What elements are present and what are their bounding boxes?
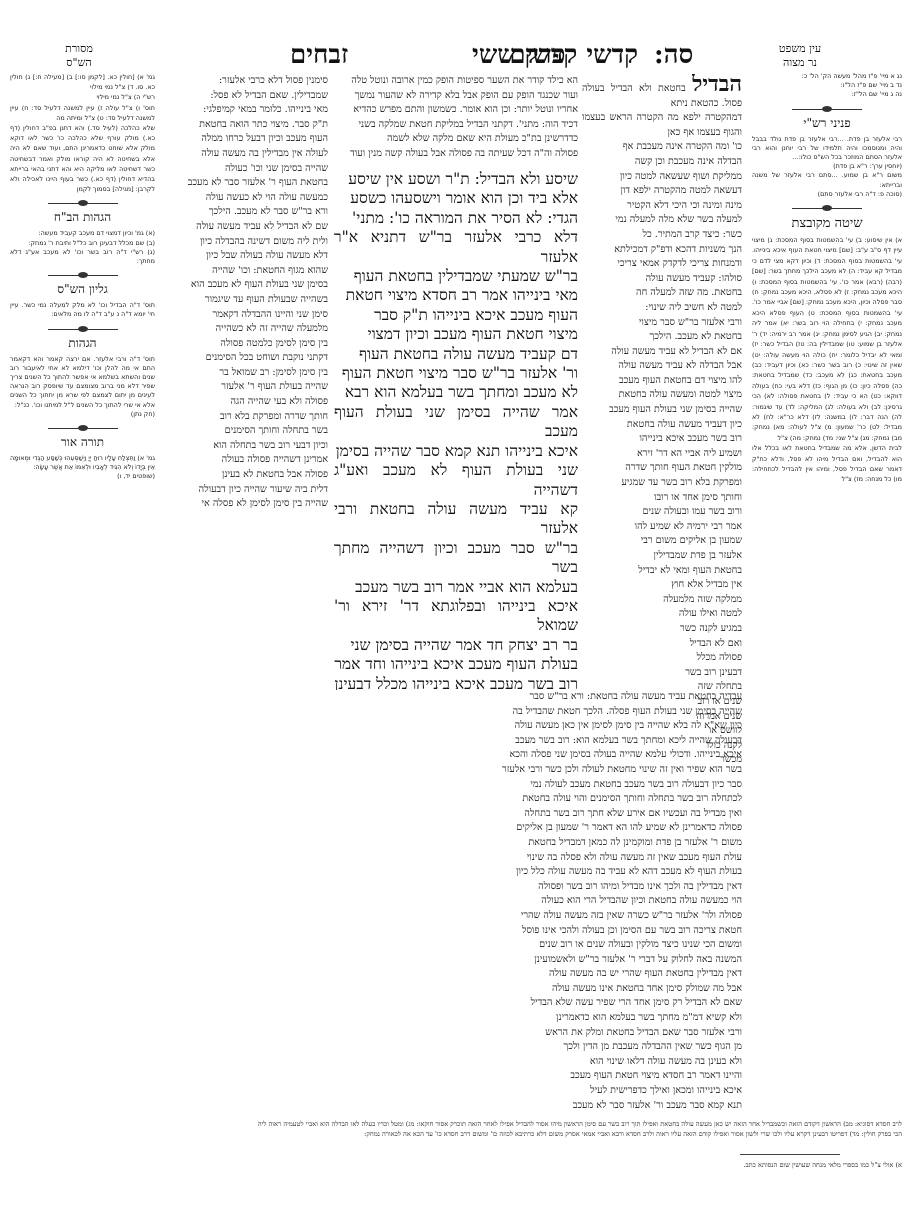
rashi-line: בחטאת לא מעכב. הילכך	[582, 330, 742, 345]
bottom-commentary-line: דבעולה שהייה ליכא ומחתך בשר בעלמא הוא: ר…	[168, 734, 742, 749]
tosafot-line: מלמעלה שהייה זה לא כשהייה	[168, 322, 328, 337]
rashi-line: אם לא הבדיל לא עביד מעשה עולה	[582, 345, 742, 360]
gemara-line: בר רב יצחק חד אמר שהייה בסימן שני	[334, 636, 578, 655]
gemara-line: אמר שהייה בסימן שני בעולת העוף מעכב	[334, 403, 578, 442]
rashi-line: מולקין חטאת העוף חותך שדרה	[582, 461, 742, 476]
gemara-line: אלא ביד וכן הוא אומר וישסעהו כשסע	[334, 189, 578, 208]
tosafot-line: בשר בתחלה וחותך הסימנים	[168, 424, 328, 439]
right-margin: נג א מיי' פ"ז מהל' מעשה הק' הל' כ: נד ב …	[752, 72, 902, 1152]
gemara-line: דלא כרבי אלעזר בר"ש דתניא א"ר אלעזר	[334, 228, 578, 267]
ornament-divider-icon	[48, 326, 118, 332]
bottom-commentary-line: לכתחלה רוב בשר בתחלה וחותך הסימנים והוי …	[168, 792, 742, 807]
tosafot-line: וכיון דבעי רוב בשר בתחלה הוא	[168, 439, 328, 454]
rashi-line: להו מיצוי דם בחטאת העוף מעכב	[582, 374, 742, 389]
footnote-rule	[740, 1154, 840, 1155]
rashi-line: ושמיע ליה אביי הא דר' זירא	[582, 447, 742, 462]
bottom-commentary-line: המשנה באה לחלוק על דברי ר' אלעזר בר"ש ול…	[168, 953, 742, 968]
bottom-commentary-line: תנא קמא סבר מעכב ור' אלעזר סבר לא מעכב	[168, 1099, 742, 1110]
rashi-line: בחטאת העוף ומאי לא יבדיל	[582, 564, 742, 579]
gemara-line: איכא בינייהו ובפלוגתא דר' זירא ור' שמואל	[334, 597, 578, 636]
rashi-line: אין מבדיל אלא חוץ	[582, 578, 742, 593]
rashi-body: דמהקטרה ילפא מה הקטרה הראש בעצמו והגוף ב…	[582, 111, 742, 768]
rashi-line: הבדלה אינה מעכבת וכן קשה	[582, 155, 742, 170]
masoret-hashas-title: מסורת הש"ס	[44, 42, 114, 70]
tosafot-line: כמעשה עולה הוי לא כעשה עולה	[168, 191, 328, 206]
tosafot-line: ולית ליה משום דשינה בהבדלה כיון	[168, 235, 328, 250]
rashi-line: דמהקטרה ילפא מה הקטרה הראש בעצמו והגוף ב…	[582, 111, 742, 140]
gemara-line: בר"ש שמעתי שמבדילין בחטאת העוף	[334, 267, 578, 286]
rashi-line: מינה ומינה וכי היכי דלא הקטיר	[582, 199, 742, 214]
tosafot-commentary: סימנין פסול דלא כרבי אלעזר:שמבדילין. שאם…	[168, 74, 328, 664]
bottom-commentary-line: איכא בינייהו. ודכולי עלמא שהייה בעולה בס…	[168, 748, 742, 763]
rashi-line: סולהו: קעביד מעשה עולה	[582, 272, 742, 287]
rashi-line: הבדיל בחטאת ולא הבדיל בעולה פסול. כהטאת …	[582, 74, 742, 111]
shita-mekubetzet-title: שיטה מקובצת	[752, 215, 902, 231]
bottom-commentary-line: הוי כמעשה עולה בחטאת וכיון שהבדיל הרי הו…	[168, 894, 742, 909]
tosafot-line: דלית ביה שיעור שהייה כיון דבעולה	[168, 483, 328, 498]
tosafot-line: שהייה בין סימן לסימן לא פסלה אי	[168, 497, 328, 512]
hagahot-title: הגהות	[10, 336, 155, 351]
ein-mishpat-title: עין משפט נר מצוה	[760, 42, 840, 70]
rashi-line: אלעזר בן פדת שמבדילין	[582, 549, 742, 564]
rashi-line: ממלקה שזה מלמעלה	[582, 593, 742, 608]
gemara-body: שיסע ולא הבדיל: ת"ר ושסע אין שיסעאלא ביד…	[334, 170, 578, 690]
rashi-line: רוב בשר מעכב איכא בינייהו	[582, 432, 742, 447]
bottom-commentary-line: אבל מה שמולק סימן אחד בחטאת אינו מעשה עו…	[168, 982, 742, 997]
gemara-line: רוב בשר מעכב איכא בינייהו מכלל דבעינן	[334, 675, 578, 690]
rashi-line: אמר רבי ירמיה לא שמיע להו	[582, 520, 742, 535]
tosafot-line: שהוא מגוף החטאת: וכו' שהייה	[168, 264, 328, 279]
bottom-commentary-line: סבר כיון דבעולה רוב בשר מעכב בחטאת מעכב …	[168, 778, 742, 793]
tosafot-line: דלא מעשה עולה בעולה שבל כיון	[168, 249, 328, 264]
page-header: מסורת הש"ס זבחים פרק ששי קדשי קדשים סה: …	[0, 40, 914, 70]
tosafot-line: פסולה אבל בחטאת לא בעינן	[168, 468, 328, 483]
tosafot-line: בין סימן לסימן כלמטה פסולה	[168, 337, 328, 352]
tosafot-line: סימנין פסול דלא כרבי אלעזר:	[168, 74, 328, 89]
rashi-line: אבל הבדלה לא עביד מעשה עולה	[582, 359, 742, 374]
rashi-line: כו' ומה הקטרה אינה מעכבת אף	[582, 140, 742, 155]
tosafot-line: דקתני נוקבת ושוחט בכל הסימנים	[168, 351, 328, 366]
footnotes-strip: לרב חסדא דסוגיא: מב) הראשון דקודם הואה ו…	[10, 1120, 902, 1150]
tosafot-line: בחטאת העוף ר' אלעזר סבר לא מעכב	[168, 176, 328, 191]
rashi-line: במגיע לקנה כשר	[582, 622, 742, 637]
gemara-line: העוף מעכב איכא בינייהו ת"ק סבר	[334, 306, 578, 325]
rashi-line: ורוב בשר עמו ובעולה שנים	[582, 505, 742, 520]
gemara-line: קא עביד מעשה עולה בחטאת ורבי אלעזר	[334, 500, 578, 539]
bottom-commentary-line: והיינו דאמר רב חסדא מיצוי חטאת העוף מעכב	[168, 1069, 742, 1084]
gemara-line: דם קעביד מעשה עולה בחטאת העוף	[334, 345, 578, 364]
bottom-commentary-line: ולא קשיא דמ"מ מחתך בשר בעלמא הוא כדאמרינ…	[168, 1011, 742, 1026]
bottom-commentary-body: עבדיה בחטאת עביד מעשה עולה בחטאת: ורא בר…	[168, 690, 742, 1110]
bottom-commentary-line: ורבי אלעזר סבר שאם הבדיל בחטאת ומלק את ה…	[168, 1026, 742, 1041]
tosafot-line: סימן שני והיינו ההבדלה דקאמר	[168, 308, 328, 323]
folio-number: סה:	[654, 40, 693, 70]
hagahot-body: תוס' ד"ה ורבי אלעזר. אם ירצה קאמר והא דק…	[10, 355, 155, 419]
bottom-commentary-line: בשר הוא שפיר ואין זה שינוי מחטאת לעולה ו…	[168, 763, 742, 778]
masoret-hashas-body: גמ' א) [חולין כא. [לקמן סו:] ב) [מעילה ח…	[10, 72, 155, 194]
ornament-divider-icon	[792, 106, 862, 112]
bottom-commentary-line: ומשום הכי שנינו כיצד מולקין ובעולה שנים …	[168, 938, 742, 953]
order-title: קדשי קדשים	[548, 40, 638, 70]
bottom-commentary-line: איכא בינייהו ומכאן ואילך כדפרישית לעיל	[168, 1084, 742, 1099]
rashi-line: בחטאת. מה שזה למעלה חה	[582, 286, 742, 301]
bottom-commentary-line: דאין מבדילין בה ולכך אינו מבדיל ומיהו רו…	[168, 880, 742, 895]
gemara-line: ור' אלעזר בר"ש סבר מיצוי חטאת העוף	[334, 364, 578, 383]
tractate-title: זבחים	[290, 40, 348, 70]
rashi-line: כשר: כיצד קרב המתיר. כל	[582, 228, 742, 243]
tosafot-line: שהייה בעולת העוף ר' אלעזר	[168, 380, 328, 395]
tosafot-line: אמרינן דשהייה פסולה בעולה	[168, 453, 328, 468]
gemara-line: איכא בינייהו תנא קמא סבר שהייה בסימן	[334, 442, 578, 461]
tosafot-line: ורא בר"ש סבר לא מעכב. הילכך	[168, 205, 328, 220]
bottom-commentary-line: שאם לא הבדיל רק סימן אחד הרי שפיר עשה של…	[168, 996, 742, 1011]
commentary-above-gemara: הא כילד קודר את השער ספיטות הופק כמין אר…	[334, 74, 578, 164]
gemara-line: מיצוי חטאת העוף מעכב וכיון דמצוי	[334, 325, 578, 344]
bottom-commentary-line: ולא בעינן בה מעשה עולה דלאו שינוי הוא	[168, 1055, 742, 1070]
bottom-commentary-line: כיון שא"א לה בלא שהייה בין סימן לסימן אי…	[168, 719, 742, 734]
gemara-line: לא מעכב ומחתך בשר בעלמא הוא רבא	[334, 383, 578, 402]
tosafot-line: חותך שדרה ומפרקת בלא רוב	[168, 410, 328, 425]
bottom-commentary-line: מן הגוף כשר שאין ההבדלה מעכבת מן הדין ול…	[168, 1040, 742, 1055]
rashi-line: ממליקת ושוף שעשאה למטה כיון	[582, 170, 742, 185]
pnei-rashi-body: רבי אלעזר בן פדת. ...רבי אלעזר בן פדת נו…	[752, 135, 902, 199]
bottom-commentary-line: פסולה ולר' אלעזר בר"ש כשרה שאין בזה מעשה…	[168, 909, 742, 924]
bottom-commentary: עבדיה בחטאת עביד מעשה עולה בחטאת: ורא בר…	[168, 690, 742, 1110]
gemara-line: בעולת העוף מעכב איכא בינייהו וחד אמר	[334, 655, 578, 674]
ein-mishpat-entry: נה ג מיי' שם הל"ז:	[752, 90, 902, 99]
ein-mishpat-list: נג א מיי' פ"ז מהל' מעשה הק' הל' כ: נד ב …	[752, 72, 902, 100]
bottom-commentary-line: עבדיה בחטאת עביד מעשה עולה בחטאת: ורא בר…	[168, 690, 742, 705]
bottom-commentary-line: בעולת העוף לא מעכב דהא לא עביד בה מעשה ע…	[168, 865, 742, 880]
rashi-line: כיון דעביד מעשה עולה בחטאת	[582, 418, 742, 433]
pnei-rashi-title: פניני רש"י	[752, 116, 902, 131]
talmud-page: מסורת הש"ס זבחים פרק ששי קדשי קדשים סה: …	[0, 0, 914, 1213]
tosafot-line: שהייה בסימן שני וכו' כעולה	[168, 162, 328, 177]
bottom-commentary-line: משום ר' אלעזר בן פדת ומוקמינן לה כמאן דמ…	[168, 836, 742, 851]
torah-or-body: גמ' א) וַתִּצְלַח עָלָיו רוּחַ יְיָ וַיְ…	[10, 454, 155, 482]
shita-mekubetzet-body: א) אין שיסוע: ב) עי' בהשמטות בסוף המסכת:…	[752, 235, 902, 485]
rashi-line: דעשאה למטה מהקטרה ילפא דון	[582, 184, 742, 199]
hagahot-bach-title: הגהות הב"ח	[10, 210, 155, 225]
ein-mishpat-entry: נד ב מיי' שם פ"ז הל"ו:	[752, 81, 902, 90]
footnote-note: א) אולי צ"ל כמו בספרי מלאי מנחה שעושין ש…	[500, 1160, 902, 1174]
rashi-opening-word: הבדיל	[692, 74, 742, 97]
ornament-divider-icon	[792, 205, 862, 211]
gemara-line: בעלמא הוא אביי אמר רוב בשר מעכב	[334, 578, 578, 597]
gemara-line: מאי בינייהו אמר רב חסדא מיצוי חטאת	[334, 286, 578, 305]
bottom-commentary-line: שהייה בסימן שני בעולת העוף פסלה. הלכך חט…	[168, 705, 742, 720]
tosafot-line: בסימן שני בעולת העוף לא מעכב הוא	[168, 278, 328, 293]
rashi-line: מיצוי למטה ומעשה עולה בחטאת	[582, 388, 742, 403]
tosafot-line: פסולה ולא בעי שהייה הגה	[168, 395, 328, 410]
rashi-line: הנך משניות דהכא ודפ"ק דמכילתא	[582, 243, 742, 258]
tosafot-line: העוף מעכב וכיון דבעל כרחו ממלה	[168, 132, 328, 147]
rashi-line: וחותך סימן אחד או רובו	[582, 491, 742, 506]
gemara-text: שיסע ולא הבדיל: ת"ר ושסע אין שיסעאלא ביד…	[334, 170, 578, 690]
bottom-commentary-line: פסולה כדאמרינן לא שמיע להו הא דאמר ר' שמ…	[168, 821, 742, 836]
gemara-line: הגדי: לא הסיר את המוראה כו': מתני'	[334, 209, 578, 228]
rashi-line: למטה לא חשיב ליה שינוי:	[582, 301, 742, 316]
gemara-line: בר"ש סבר מעכב וכיון דשהייה מחתך בשר	[334, 539, 578, 578]
tosafot-body: סימנין פסול דלא כרבי אלעזר:שמבדילין. שאם…	[168, 74, 328, 512]
ein-mishpat-entry: נג א מיי' פ"ז מהל' מעשה הק' הל' כ:	[752, 72, 902, 81]
tosafot-line: שמבדילין. שאם הבדיל לא פסל:	[168, 89, 328, 104]
gilyon-hashas-body: תוס' ד"ה הבדיל וכו' לא מלק למעלה נמי כשר…	[10, 301, 155, 319]
ornament-divider-icon	[48, 272, 118, 278]
rashi-line: דבעינן רוב בשר	[582, 666, 742, 681]
gilyon-hashas-title: גליון הש"ס	[10, 282, 155, 297]
tosafot-line: לעולה אין מבדילין בה מעשה עולה	[168, 147, 328, 162]
ornament-divider-icon	[48, 425, 118, 431]
bottom-commentary-line: חטאת צריכה רוב בשר עם הסימן וכן בעולה ול…	[168, 924, 742, 939]
gemara-line: שיסע ולא הבדיל: ת"ר ושסע אין שיסע	[334, 170, 578, 189]
rashi-line: למטה ואילו עולה	[582, 607, 742, 622]
tosafot-line: בשהייה שבעולת העוף עד שיגמור	[168, 293, 328, 308]
hagahot-bach-body: (א) גמ' וכיון דמצוי דם מעכב קעביד מעשה: …	[10, 229, 155, 266]
ornament-divider-icon	[48, 200, 118, 206]
rashi-line: ומפרקת בלא רוב בשר עד שמגיע	[582, 476, 742, 491]
rashi-line: שהייה בסימן שני בעולת העוף מעכב	[582, 403, 742, 418]
bottom-commentary-line: עולת העוף מעכב שאין זה מעשה עולה ולא פסל…	[168, 851, 742, 866]
bottom-commentary-line: דאין מבדילין בחטאת העוף שהרי יש בה מעשה …	[168, 967, 742, 982]
rashi-line: שמעון בן אליקים משום רבי	[582, 534, 742, 549]
left-margin: גמ' א) [חולין כא. [לקמן סו:] ב) [מעילה ח…	[10, 72, 155, 822]
rashi-line: ורבי אלעזר בר"ש סבר מיצוי	[582, 316, 742, 331]
rashi-line: למעלה בשר שלא מלה למעלה נמי	[582, 213, 742, 228]
tosafot-line: ת"ק סבר. מיצוי כתר הואה בחטאת	[168, 118, 328, 133]
tosafot-line: שם לא הבדיל לא עביד מעשה עולה	[168, 220, 328, 235]
tosafot-line: בין סימן לסימן: רב שמואל בר	[168, 366, 328, 381]
torah-or-title: תורה אור	[10, 435, 155, 450]
bottom-commentary-line: ואין מבדיל בה ועכשיו אם אירע שלא חתך רוב…	[168, 807, 742, 822]
gemara-line: שני בעולת העוף לא מעכב ואע"ג דשהייה	[334, 461, 578, 500]
rashi-line: ואם לא הבדיל	[582, 637, 742, 652]
tosafot-line: מאי בינייהו. כלומר במאי קמיפלגי:	[168, 103, 328, 118]
rashi-line: ודמנחות צריכי לדקדק אמאי צריכי	[582, 257, 742, 272]
rashi-line: פסולה מכלל	[582, 651, 742, 666]
